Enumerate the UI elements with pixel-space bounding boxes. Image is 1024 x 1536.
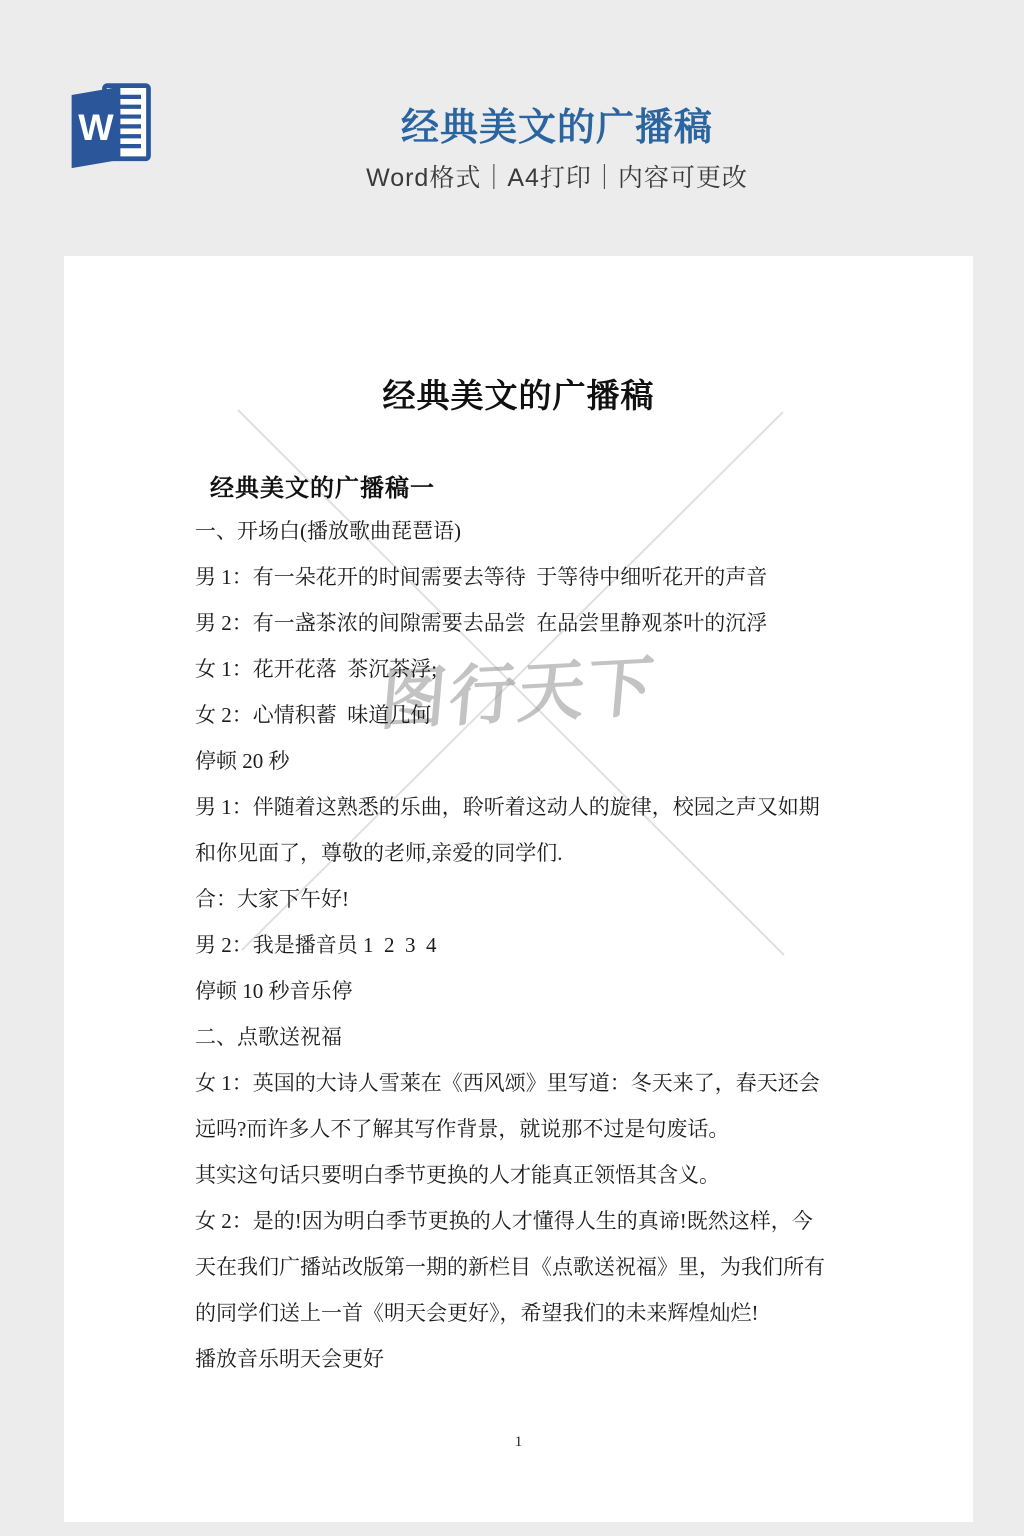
doc-line: 男 1：有一朵花开的时间需要去等待 于等待中细听花开的声音 bbox=[195, 554, 905, 600]
doc-line: 的同学们送上一首《明天会更好》，希望我们的未来辉煌灿烂! bbox=[195, 1290, 905, 1336]
doc-line: 女 2：是的!因为明白季节更换的人才懂得人生的真谛!既然这样，今 bbox=[195, 1198, 905, 1244]
doc-line: 女 1：花开花落 茶沉茶浮; bbox=[195, 646, 905, 692]
doc-line: 远吗?而许多人不了解其写作背景，就说那不过是句废话。 bbox=[195, 1106, 905, 1152]
doc-line: 和你见面了，尊敬的老师,亲爱的同学们. bbox=[195, 830, 905, 876]
header: W 经典美文的广播稿 Word格式｜A4打印｜内容可更改 bbox=[0, 0, 1024, 256]
doc-line: 二、点歌送祝福 bbox=[195, 1014, 905, 1060]
doc-line: 停顿 10 秒音乐停 bbox=[195, 968, 905, 1014]
doc-line: 女 1：英国的大诗人雪莱在《西风颂》里写道：冬天来了，春天还会 bbox=[195, 1060, 905, 1106]
doc-line: 男 2：有一盏茶浓的间隙需要去品尝 在品尝里静观茶叶的沉浮 bbox=[195, 600, 905, 646]
page-canvas: W 经典美文的广播稿 Word格式｜A4打印｜内容可更改 图行天下 经典美文的广… bbox=[0, 0, 1024, 1536]
page-number: 1 bbox=[64, 1434, 973, 1451]
document-section-heading: 经典美文的广播稿一 bbox=[210, 468, 435, 503]
header-subtitle: Word格式｜A4打印｜内容可更改 bbox=[90, 158, 1024, 194]
doc-line: 播放音乐明天会更好 bbox=[195, 1336, 905, 1382]
document-content: 经典美文的广播稿 经典美文的广播稿一 一、开场白(播放歌曲琵琶语) 男 1：有一… bbox=[64, 256, 973, 1522]
doc-line: 女 2：心情积蓄 味道几何 bbox=[195, 692, 905, 738]
doc-line: 停顿 20 秒 bbox=[195, 738, 905, 784]
doc-line: 一、开场白(播放歌曲琵琶语) bbox=[195, 508, 905, 554]
doc-line: 男 1：伴随着这熟悉的乐曲，聆听着这动人的旋律，校园之声又如期 bbox=[195, 784, 905, 830]
header-title: 经典美文的广播稿 bbox=[90, 96, 1024, 151]
document-title: 经典美文的广播稿 bbox=[64, 370, 973, 417]
doc-line: 合：大家下午好! bbox=[195, 876, 905, 922]
document-page: 图行天下 经典美文的广播稿 经典美文的广播稿一 一、开场白(播放歌曲琵琶语) 男… bbox=[64, 256, 973, 1522]
doc-line: 天在我们广播站改版第一期的新栏目《点歌送祝福》里，为我们所有 bbox=[195, 1244, 905, 1290]
document-body: 一、开场白(播放歌曲琵琶语) 男 1：有一朵花开的时间需要去等待 于等待中细听花… bbox=[195, 508, 905, 1382]
doc-line: 其实这句话只要明白季节更换的人才能真正领悟其含义。 bbox=[195, 1152, 905, 1198]
doc-line: 男 2：我是播音员 1 2 3 4 bbox=[195, 922, 905, 968]
